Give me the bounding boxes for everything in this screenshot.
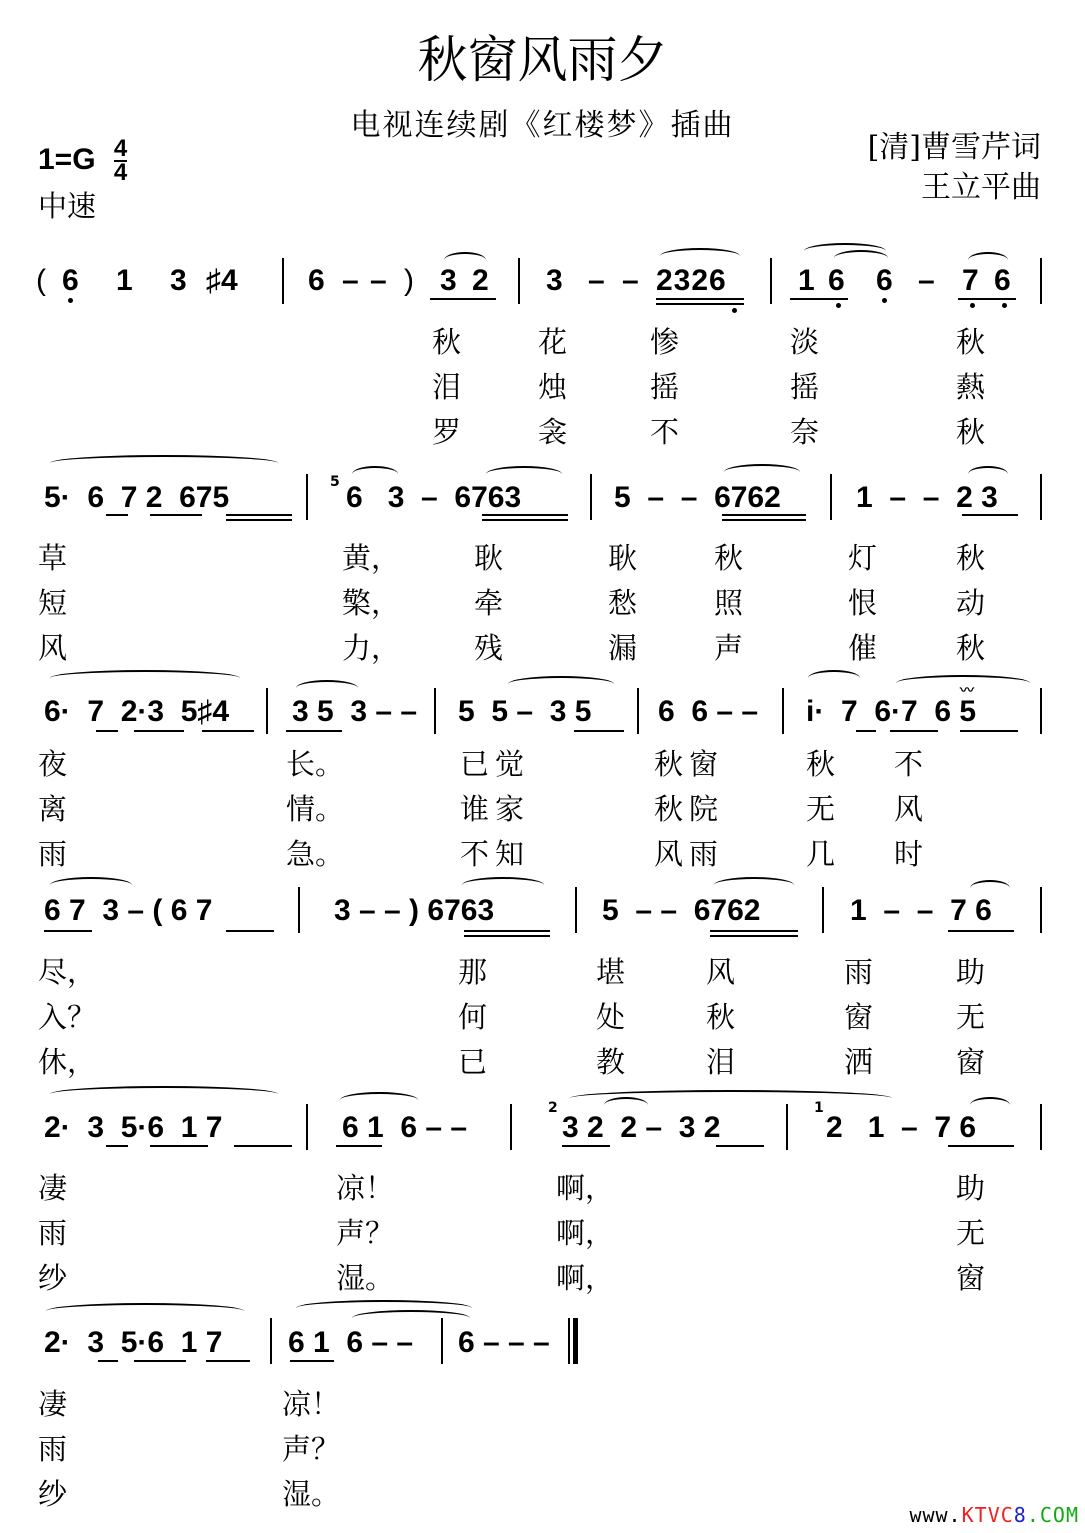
lyric: 教 — [596, 1046, 625, 1078]
bar-line — [1040, 688, 1042, 734]
lyric: 耿 — [608, 542, 637, 574]
beam — [890, 730, 938, 732]
lyric: 风雨 — [654, 838, 724, 870]
low-octave-dot — [836, 303, 841, 308]
tie — [834, 250, 888, 266]
lyric: 力， — [342, 632, 400, 664]
lyric: 雨 — [38, 1217, 67, 1249]
bar-line — [306, 1104, 308, 1150]
note: 3 — [170, 266, 187, 296]
lyricist-credit: [清]曹雪芹词 — [868, 122, 1041, 166]
lyric: 爇 — [956, 371, 985, 403]
lyric: 谁家 — [460, 793, 530, 825]
beam — [106, 514, 128, 516]
measure-3: 5 – – 6762 — [614, 483, 781, 513]
mordent-icon: 〰 — [960, 680, 974, 700]
lyric: 秋 — [706, 1001, 735, 1033]
beam — [464, 935, 550, 937]
lyric: 时 — [894, 838, 923, 870]
beam — [948, 1145, 1014, 1147]
slur — [808, 670, 860, 686]
lyric: 奈 — [790, 416, 819, 448]
lyric: 啊， — [556, 1262, 614, 1294]
beam — [134, 730, 184, 732]
low-octave-dot — [1002, 303, 1007, 308]
slur — [46, 1303, 244, 1319]
lyric: 照 — [714, 587, 743, 619]
low-octave-dot — [68, 298, 73, 303]
bar-line — [782, 688, 784, 734]
note: 2 — [472, 266, 489, 296]
note: 1 — [116, 266, 133, 296]
measure-5: i· 7 6·7 6 5 — [806, 697, 976, 727]
low-octave-dot — [970, 303, 975, 308]
lyric: 离 — [38, 793, 67, 825]
lyric: 长。 — [286, 748, 344, 780]
lyric: 堪 — [596, 956, 625, 988]
dash: – — [622, 266, 639, 296]
lyric: 声？ — [282, 1433, 340, 1465]
beam — [106, 1145, 128, 1147]
note: 3 — [546, 266, 563, 296]
bar-line — [1040, 474, 1042, 520]
note: 6 — [994, 266, 1011, 296]
lyric: 愁 — [608, 587, 637, 619]
lyric: 罗 — [432, 416, 461, 448]
measure-2: 6 1 6 – – — [342, 1113, 467, 1143]
grace-note: 1 — [814, 1100, 824, 1116]
bar-line — [282, 258, 284, 304]
watermark: www.KTVC8.COM — [909, 1503, 1079, 1527]
lyric: 短 — [38, 587, 67, 619]
beam — [234, 1145, 292, 1147]
lyric: 烛 — [538, 371, 567, 403]
lyric: 秋 — [806, 748, 835, 780]
lyric: 凄 — [38, 1172, 67, 1204]
dash: – — [918, 266, 935, 296]
note: ♯4 — [206, 266, 238, 296]
bar-line — [637, 688, 639, 734]
bar-line — [510, 1104, 512, 1150]
bar-line — [306, 474, 308, 520]
lyric: 凄 — [38, 1388, 67, 1420]
lyric: 情。 — [286, 793, 344, 825]
measure-4: 6 6 – – — [658, 697, 758, 727]
lyric: 窗 — [844, 1001, 873, 1033]
slur — [970, 880, 1010, 896]
lyric: 夜 — [38, 748, 67, 780]
slur — [50, 670, 240, 686]
lyric: 无 — [806, 793, 835, 825]
watermark-8: 8 — [1014, 1503, 1027, 1527]
tempo-marking: 中速 — [38, 184, 96, 225]
lyric: 凉！ — [282, 1388, 340, 1420]
note: 6 — [876, 266, 893, 296]
slur — [340, 1092, 418, 1108]
key-label: 1=G — [38, 143, 96, 176]
bar-line — [786, 1104, 788, 1150]
lyric: 何 — [458, 1001, 487, 1033]
bar-line — [441, 1318, 443, 1364]
lyric: 雨 — [38, 1433, 67, 1465]
lyric: 无 — [956, 1001, 985, 1033]
lyric: 啊， — [556, 1217, 614, 1249]
lyric: 声 — [714, 632, 743, 664]
note-group: 2326 — [656, 266, 727, 296]
beam — [856, 730, 876, 732]
slur — [660, 248, 740, 264]
lyric: 花 — [538, 326, 567, 358]
lyric: 泪 — [706, 1046, 735, 1078]
watermark-ktvc: KTVC — [962, 1503, 1014, 1527]
note: 3 — [440, 266, 457, 296]
tie — [352, 1310, 470, 1326]
lyric: 助 — [956, 1172, 985, 1204]
note: 6 — [308, 266, 325, 296]
lyric: 洒 — [844, 1046, 873, 1078]
grace-note: 2 — [548, 1100, 558, 1116]
bar-line — [575, 887, 577, 933]
lyric: 泪 — [432, 371, 461, 403]
bar-line — [1040, 1104, 1042, 1150]
measure-3: 5 5 – 3 5 — [458, 697, 591, 727]
lyric: 无 — [956, 1217, 985, 1249]
dash: – — [342, 266, 359, 296]
lyric: 摇 — [650, 371, 679, 403]
beam — [656, 303, 744, 305]
measure-1: 6 7 3 – ( 6 7 — [44, 896, 212, 926]
beam — [574, 730, 624, 732]
beam — [134, 1360, 186, 1362]
watermark-com: .COM — [1027, 1503, 1079, 1527]
lyric: 湿。 — [336, 1262, 394, 1294]
bar-line — [830, 474, 832, 520]
lyric: 已觉 — [460, 748, 530, 780]
bar-line — [434, 688, 436, 734]
time-sig-bottom: 4 — [114, 162, 127, 184]
slur — [508, 676, 614, 692]
measure-4: 1 – – 7 6 — [850, 896, 992, 926]
lyric: 不 — [894, 748, 923, 780]
lyric: 秋 — [956, 416, 985, 448]
lyric: 入？ — [38, 1001, 96, 1033]
measure-2: 6 1 6 – – — [288, 1328, 413, 1358]
bar-line — [568, 1318, 570, 1364]
note: 6 — [828, 266, 845, 296]
measure-1: 2· 3 5·6 1 7 — [44, 1328, 222, 1358]
composer-credit: 王立平曲 — [921, 162, 1041, 206]
lyric: 已 — [458, 1046, 487, 1078]
lyric: 凉！ — [336, 1172, 394, 1204]
measure-2: 3 5 3 – – — [292, 697, 417, 727]
lyric: 牵 — [474, 587, 503, 619]
beam — [716, 1145, 764, 1147]
bar-line — [822, 887, 824, 933]
beam — [150, 514, 202, 516]
lyric: 秋院 — [654, 793, 724, 825]
beam — [482, 514, 568, 516]
slur — [444, 252, 486, 268]
lyric: 残 — [474, 632, 503, 664]
lyric: 草 — [38, 542, 67, 574]
eighth-beam — [430, 298, 496, 300]
watermark-www: www. — [909, 1503, 961, 1527]
paren-close: ) — [404, 266, 414, 296]
lyric: 风 — [706, 956, 735, 988]
lyric: 黄， — [342, 542, 400, 574]
lyric: 那 — [458, 956, 487, 988]
lyric: 休， — [38, 1046, 96, 1078]
lyric: 雨 — [38, 838, 67, 870]
lyric: 声？ — [336, 1217, 394, 1249]
note: 6 — [62, 266, 79, 296]
lyric: 不知 — [460, 838, 530, 870]
eighth-beam — [790, 298, 848, 300]
beam — [710, 930, 798, 932]
lyric: 淡 — [790, 326, 819, 358]
slur — [714, 877, 794, 893]
beam — [206, 1360, 250, 1362]
beam — [98, 1360, 118, 1362]
beam — [96, 730, 118, 732]
lyric: 纱 — [38, 1478, 67, 1510]
beam — [226, 519, 292, 521]
lyric: 漏 — [608, 632, 637, 664]
lyric: 耿 — [474, 542, 503, 574]
lyric: 恨 — [848, 587, 877, 619]
lyric: 窗 — [956, 1262, 985, 1294]
bar-line — [270, 1318, 272, 1364]
low-octave-dot — [882, 298, 887, 303]
beam — [202, 730, 254, 732]
lyric: 催 — [848, 632, 877, 664]
beam — [150, 1145, 208, 1147]
lyric: 处 — [596, 1001, 625, 1033]
slur — [968, 252, 1008, 268]
lyric: 惨 — [650, 326, 679, 358]
beam — [722, 519, 806, 521]
dash: – — [588, 266, 605, 296]
key-signature: 1=G 4 4 — [38, 138, 127, 184]
measure-3: 5 – – 6762 — [602, 896, 760, 926]
beam — [962, 514, 1018, 516]
lyric: 衾 — [538, 416, 567, 448]
dash: – — [370, 266, 387, 296]
slur — [486, 466, 562, 482]
beam — [722, 514, 806, 516]
bar-line — [1040, 887, 1042, 933]
measure-4: 2 1 – 7 6 — [826, 1113, 976, 1143]
bar-line — [590, 474, 592, 520]
lyric: 动 — [956, 587, 985, 619]
lyric: 秋 — [956, 542, 985, 574]
lyric: 啊， — [556, 1172, 614, 1204]
lyric: 灯 — [848, 542, 877, 574]
beam — [482, 519, 568, 521]
beam — [710, 935, 798, 937]
bar-line — [298, 887, 300, 933]
beam — [464, 930, 550, 932]
beam — [960, 730, 1018, 732]
lyric: 秋 — [956, 326, 985, 358]
lyric: 风 — [894, 793, 923, 825]
measure-3: 6 – – – — [458, 1328, 550, 1358]
lyric: 秋窗 — [654, 748, 724, 780]
slur — [296, 680, 358, 696]
beam — [336, 1145, 382, 1147]
lyric: 秋 — [956, 632, 985, 664]
note: 7 — [962, 266, 979, 296]
lyric: 雨 — [844, 956, 873, 988]
slur — [50, 1086, 278, 1102]
beam — [656, 298, 744, 300]
bar-line — [518, 258, 520, 304]
grace-note: 5 — [330, 474, 340, 490]
beam — [948, 930, 1014, 932]
beam — [226, 930, 274, 932]
low-octave-dot — [732, 308, 737, 313]
lyric: 不 — [650, 416, 679, 448]
paren-open: ( — [36, 266, 46, 296]
lyric: 摇 — [790, 371, 819, 403]
final-bar-line — [573, 1318, 578, 1364]
note: 1 — [798, 266, 815, 296]
lyric: 窗 — [956, 1046, 985, 1078]
measure-1: 2· 3 5·6 1 7 — [44, 1113, 222, 1143]
lyric: 几 — [806, 838, 835, 870]
time-signature: 4 4 — [114, 138, 127, 184]
lyric: 助 — [956, 956, 985, 988]
lyric: 急。 — [286, 838, 344, 870]
measure-1: 5· 6 7 2 675 — [44, 483, 229, 513]
measure-2: 6 3 – 6763 — [346, 483, 521, 513]
lyric: 湿。 — [282, 1478, 340, 1510]
slur — [724, 464, 800, 480]
lyric: 风 — [38, 632, 67, 664]
slur — [352, 466, 398, 482]
beam — [226, 514, 292, 516]
lyric: 檠， — [342, 587, 400, 619]
bar-line — [266, 688, 268, 734]
bar-line — [1040, 258, 1042, 304]
slur — [970, 1097, 1010, 1113]
slur — [50, 877, 132, 893]
beam — [290, 1360, 334, 1362]
measure-1: 6· 7 2·3 5♯4 — [44, 697, 229, 727]
lyric: 秋 — [432, 326, 461, 358]
beam — [286, 730, 342, 732]
beam — [44, 930, 92, 932]
measure-2: 3 – – ) 6763 — [334, 896, 494, 926]
beam — [562, 1145, 610, 1147]
measure-4: 1 – – 2 3 — [856, 483, 998, 513]
lyric: 纱 — [38, 1262, 67, 1294]
lyric: 尽， — [38, 956, 96, 988]
slur — [50, 455, 278, 471]
slur — [968, 466, 1008, 482]
bar-line — [770, 258, 772, 304]
measure-3: 3 2 2 – 3 2 — [562, 1113, 720, 1143]
lyric: 秋 — [714, 542, 743, 574]
song-title: 秋窗风雨夕 — [0, 30, 1085, 90]
slur — [462, 877, 544, 893]
tie — [604, 1097, 648, 1113]
eighth-beam — [958, 298, 1016, 300]
